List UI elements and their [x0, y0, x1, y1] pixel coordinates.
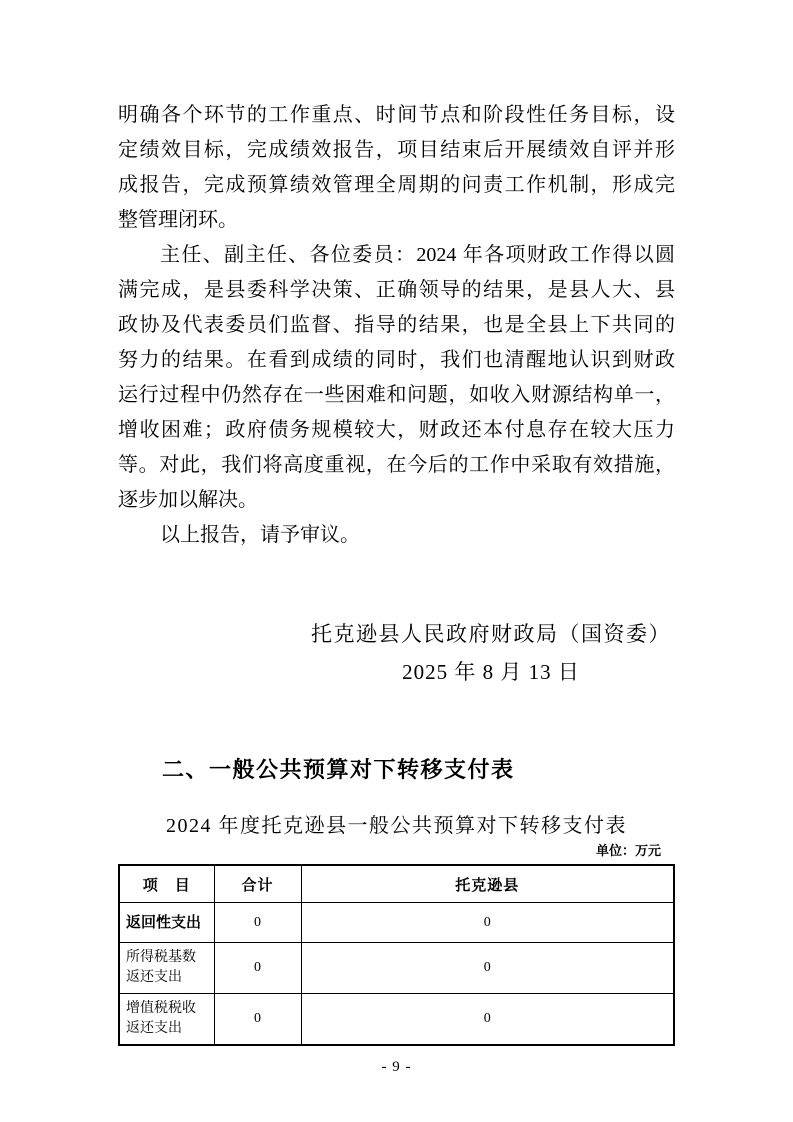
table-cell-label: 增值税税收返还支出: [119, 994, 214, 1046]
table-header-county: 托克逊县: [301, 865, 674, 903]
body-text-line: 努力的结果。在看到成绩的同时，我们也清醒地认识到财政: [118, 343, 675, 378]
table-cell-total: 0: [214, 903, 301, 943]
table-cell-county: 0: [301, 943, 674, 994]
table-row: 所得税基数返还支出 0 0: [119, 943, 674, 994]
table-cell-county: 0: [301, 994, 674, 1046]
page-number: - 9 -: [118, 1059, 675, 1076]
table-cell-county: 0: [301, 903, 674, 943]
table-row: 增值税税收返还支出 0 0: [119, 994, 674, 1046]
signature-block: 托克逊县人民政府财政局（国资委） 2025 年 8 月 13 日: [311, 619, 671, 696]
body-text-line: 明确各个环节的工作重点、时间节点和阶段性任务目标，设: [118, 98, 675, 133]
table-cell-label: 所得税基数返还支出: [119, 943, 214, 994]
unit-label: 单位：万元: [118, 842, 675, 860]
body-text-line: 增收困难；政府债务规模较大，财政还本付息存在较大压力: [118, 413, 675, 448]
table-title: 2024 年度托克逊县一般公共预算对下转移支付表: [118, 811, 675, 841]
document-page: 明确各个环节的工作重点、时间节点和阶段性任务目标，设 定绩效目标，完成绩效报告，…: [0, 0, 793, 1122]
page-content: 明确各个环节的工作重点、时间节点和阶段性任务目标，设 定绩效目标，完成绩效报告，…: [0, 0, 793, 1076]
body-text-line: 主任、副主任、各位委员：2024 年各项财政工作得以圆: [118, 238, 675, 273]
body-text-line: 整管理闭环。: [118, 203, 675, 238]
body-text-line: 运行过程中仍然存在一些困难和问题，如收入财源结构单一，: [118, 378, 675, 413]
body-text-line: 逐步加以解决。: [118, 483, 675, 518]
table-cell-total: 0: [214, 943, 301, 994]
table-header-item: 项 目: [119, 865, 214, 903]
section-heading: 二、一般公共预算对下转移支付表: [118, 754, 675, 786]
table-row: 返回性支出 0 0: [119, 903, 674, 943]
table-header-total: 合计: [214, 865, 301, 903]
body-text-line: 定绩效目标，完成绩效报告，项目结束后开展绩效自评并形: [118, 133, 675, 168]
body-text-line: 满完成，是县委科学决策、正确领导的结果，是县人大、县: [118, 273, 675, 308]
table-header-row: 项 目 合计 托克逊县: [119, 865, 674, 903]
table-cell-label: 返回性支出: [119, 903, 214, 943]
body-text-line: 政协及代表委员们监督、指导的结果，也是全县上下共同的: [118, 308, 675, 343]
transfer-payment-table: 项 目 合计 托克逊县 返回性支出 0 0 所得税基数返还支出 0 0 增值税税…: [118, 864, 675, 1046]
body-text: 明确各个环节的工作重点、时间节点和阶段性任务目标，设 定绩效目标，完成绩效报告，…: [118, 98, 675, 553]
body-text-line: 成报告，完成预算绩效管理全周期的问责工作机制，形成完: [118, 168, 675, 203]
body-text-line: 以上报告，请予审议。: [118, 518, 675, 553]
signature-date: 2025 年 8 月 13 日: [311, 649, 671, 696]
body-text-line: 等。对此，我们将高度重视，在今后的工作中采取有效措施，: [118, 448, 675, 483]
table-cell-total: 0: [214, 994, 301, 1046]
signature-organization: 托克逊县人民政府财政局（国资委）: [311, 619, 671, 649]
